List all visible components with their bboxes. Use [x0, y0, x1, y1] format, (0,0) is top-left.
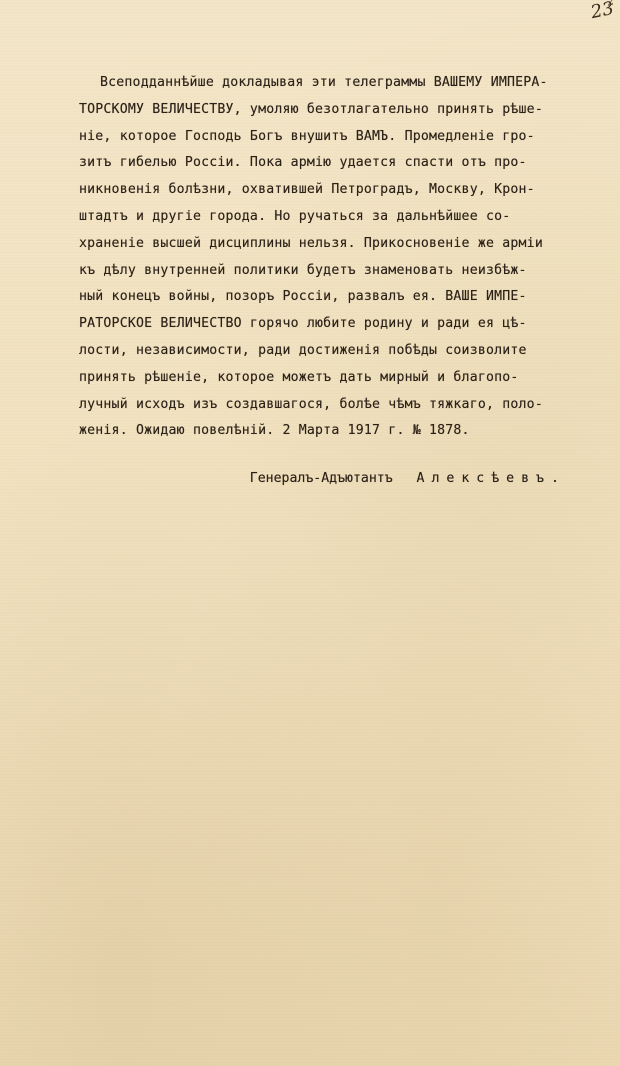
folio-number: 2 23: [589, 0, 615, 22]
signature-title: Генералъ-Адъютантъ: [250, 471, 393, 486]
signature-block: Генералъ-Адъютантъ Алексѣевъ.: [218, 456, 566, 501]
telegram-body: Всеподданнѣйше докладывая эти телеграммы…: [100, 70, 615, 445]
body-line: принять рѣшеніе, которое можетъ дать мир…: [79, 365, 615, 392]
body-line: никновенія болѣзни, охватившей Петроград…: [79, 177, 615, 204]
folio-small-mark: 2: [606, 0, 615, 8]
document-page: 2 23 Всеподданнѣйше докладывая эти телег…: [0, 0, 620, 1066]
body-line: зитъ гибелью Россіи. Пока армію удается …: [79, 150, 615, 177]
body-line: ный конецъ войны, позоръ Россіи, развалъ…: [79, 284, 615, 311]
body-line: лучный исходъ изъ создавшагося, болѣе чѣ…: [79, 392, 615, 419]
body-line: ТОРСКОМУ ВЕЛИЧЕСТВУ, умоляю безотлагател…: [79, 97, 615, 124]
body-line: женія. Ожидаю повелѣній. 2 Марта 1917 г.…: [79, 418, 615, 445]
body-line: ніе, которое Господь Богъ внушитъ ВАМЪ. …: [79, 124, 615, 151]
body-line: РАТОРСКОЕ ВЕЛИЧЕСТВО горячо любите родин…: [79, 311, 615, 338]
body-line: лости, независимости, ради достиженія по…: [79, 338, 615, 365]
body-line: къ дѣлу внутренней политики будетъ знаме…: [79, 258, 615, 285]
body-line: храненіе высшей дисциплины нельзя. Прико…: [79, 231, 615, 258]
body-line: Всеподданнѣйше докладывая эти телеграммы…: [100, 70, 615, 97]
body-line: штадтъ и другіе города. Но ручаться за д…: [79, 204, 615, 231]
signature-name: Алексѣевъ.: [417, 471, 566, 486]
